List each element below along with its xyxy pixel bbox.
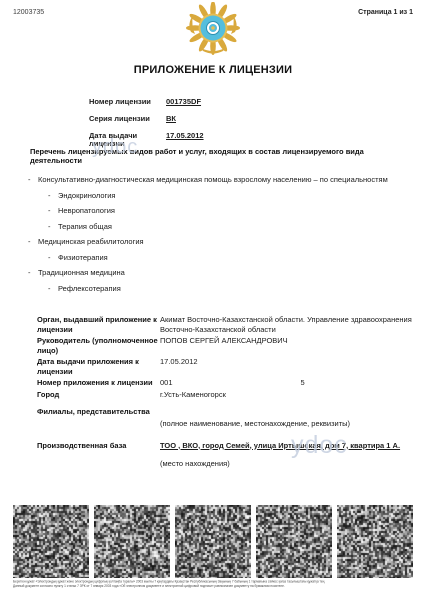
field-value: 17.05.2012: [160, 357, 416, 376]
field-value: ВК: [166, 115, 176, 123]
field-label: Дата выдачи приложения к лицензии: [37, 357, 160, 376]
detail-row-production-base: Производственная база ТОО , ВКО, город С…: [37, 441, 419, 469]
field-hint: (полное наименование, местонахождение, р…: [160, 407, 416, 429]
legal-disclaimer: Берілген құжат «Электрондық құжат және э…: [13, 580, 426, 588]
service-item: Традиционная медицина: [28, 268, 400, 278]
attachment-number-secondary: 5: [301, 378, 305, 388]
field-value: 001735DF: [166, 98, 201, 106]
datamatrix-barcode: [337, 505, 413, 578]
field-hint: (место нахождения): [160, 459, 416, 469]
datamatrix-barcode: [13, 505, 89, 578]
field-label: Филиалы, представительства: [37, 407, 160, 429]
services-heading: Перечень лицензируемых видов работ и усл…: [30, 147, 395, 165]
field-row-license-number: Номер лицензии 001735DF: [89, 98, 204, 106]
field-label: Орган, выдавший приложение к лицензии: [37, 315, 160, 334]
field-label: Руководитель (уполномоченное лицо): [37, 336, 160, 355]
detail-row-head: Руководитель (уполномоченное лицо) ПОПОВ…: [37, 336, 419, 355]
field-value: г.Усть-Каменогорск: [160, 390, 416, 400]
datamatrix-barcode: [94, 505, 170, 578]
disclaimer-line-russian: Данный документ согласно пункту 1 статьи…: [13, 584, 426, 588]
field-value: ТОО , ВКО, город Семей, улица Иртышская,…: [160, 441, 416, 469]
field-value: ПОПОВ СЕРГЕЙ АЛЕКСАНДРОВИЧ: [160, 336, 416, 355]
detail-row-attachment-date: Дата выдачи приложения к лицензии 17.05.…: [37, 357, 419, 376]
page-title: ПРИЛОЖЕНИЕ К ЛИЦЕНЗИИ: [0, 64, 426, 76]
document-number: 12003735: [13, 9, 44, 16]
field-label: Номер приложения к лицензии: [37, 378, 160, 388]
service-item: Консультативно-диагностическая медицинск…: [28, 175, 400, 185]
barcode-strip: [13, 505, 413, 578]
ydoc-watermark: ydoc: [92, 136, 138, 159]
field-label: Производственная база: [37, 441, 160, 469]
production-base-address: ТОО , ВКО, город Семей, улица Иртышская,…: [160, 441, 400, 450]
field-value: Акимат Восточно-Казахстанской области. У…: [160, 315, 416, 334]
kazakhstan-coat-of-arms-icon: [185, 2, 241, 61]
service-subitem: Терапия общая: [48, 222, 400, 232]
field-label: Номер лицензии: [89, 98, 166, 106]
detail-row-city: Город г.Усть-Каменогорск: [37, 390, 419, 400]
page-indicator: Страница 1 из 1: [358, 9, 413, 16]
attachment-number: 001: [160, 378, 173, 387]
datamatrix-barcode: [256, 505, 332, 578]
service-subitem: Физиотерапия: [48, 253, 400, 263]
field-row-license-series: Серия лицензии ВК: [89, 115, 204, 123]
field-value: 0015: [160, 378, 416, 388]
service-subitem: Рефлексотерапия: [48, 284, 400, 294]
detail-row-attachment-number: Номер приложения к лицензии 0015: [37, 378, 419, 388]
field-label: Город: [37, 390, 160, 400]
field-value: 17.05.2012: [166, 132, 204, 148]
detail-row-issuing-authority: Орган, выдавший приложение к лицензии Ак…: [37, 315, 419, 334]
service-subitem: Невропатология: [48, 206, 400, 216]
license-attachment-document: 12003735 Страница 1 из 1: [0, 0, 426, 600]
detail-fields: Орган, выдавший приложение к лицензии Ак…: [37, 315, 419, 471]
field-label: Серия лицензии: [89, 115, 166, 123]
service-subitem: Эндокринология: [48, 191, 400, 201]
datamatrix-barcode: [175, 505, 251, 578]
service-item: Медицинская реабилитология: [28, 237, 400, 247]
services-list: Консультативно-диагностическая медицинск…: [28, 175, 400, 299]
detail-row-branches: Филиалы, представительства (полное наиме…: [37, 407, 419, 429]
ydoc-watermark: ydoc: [291, 431, 348, 460]
